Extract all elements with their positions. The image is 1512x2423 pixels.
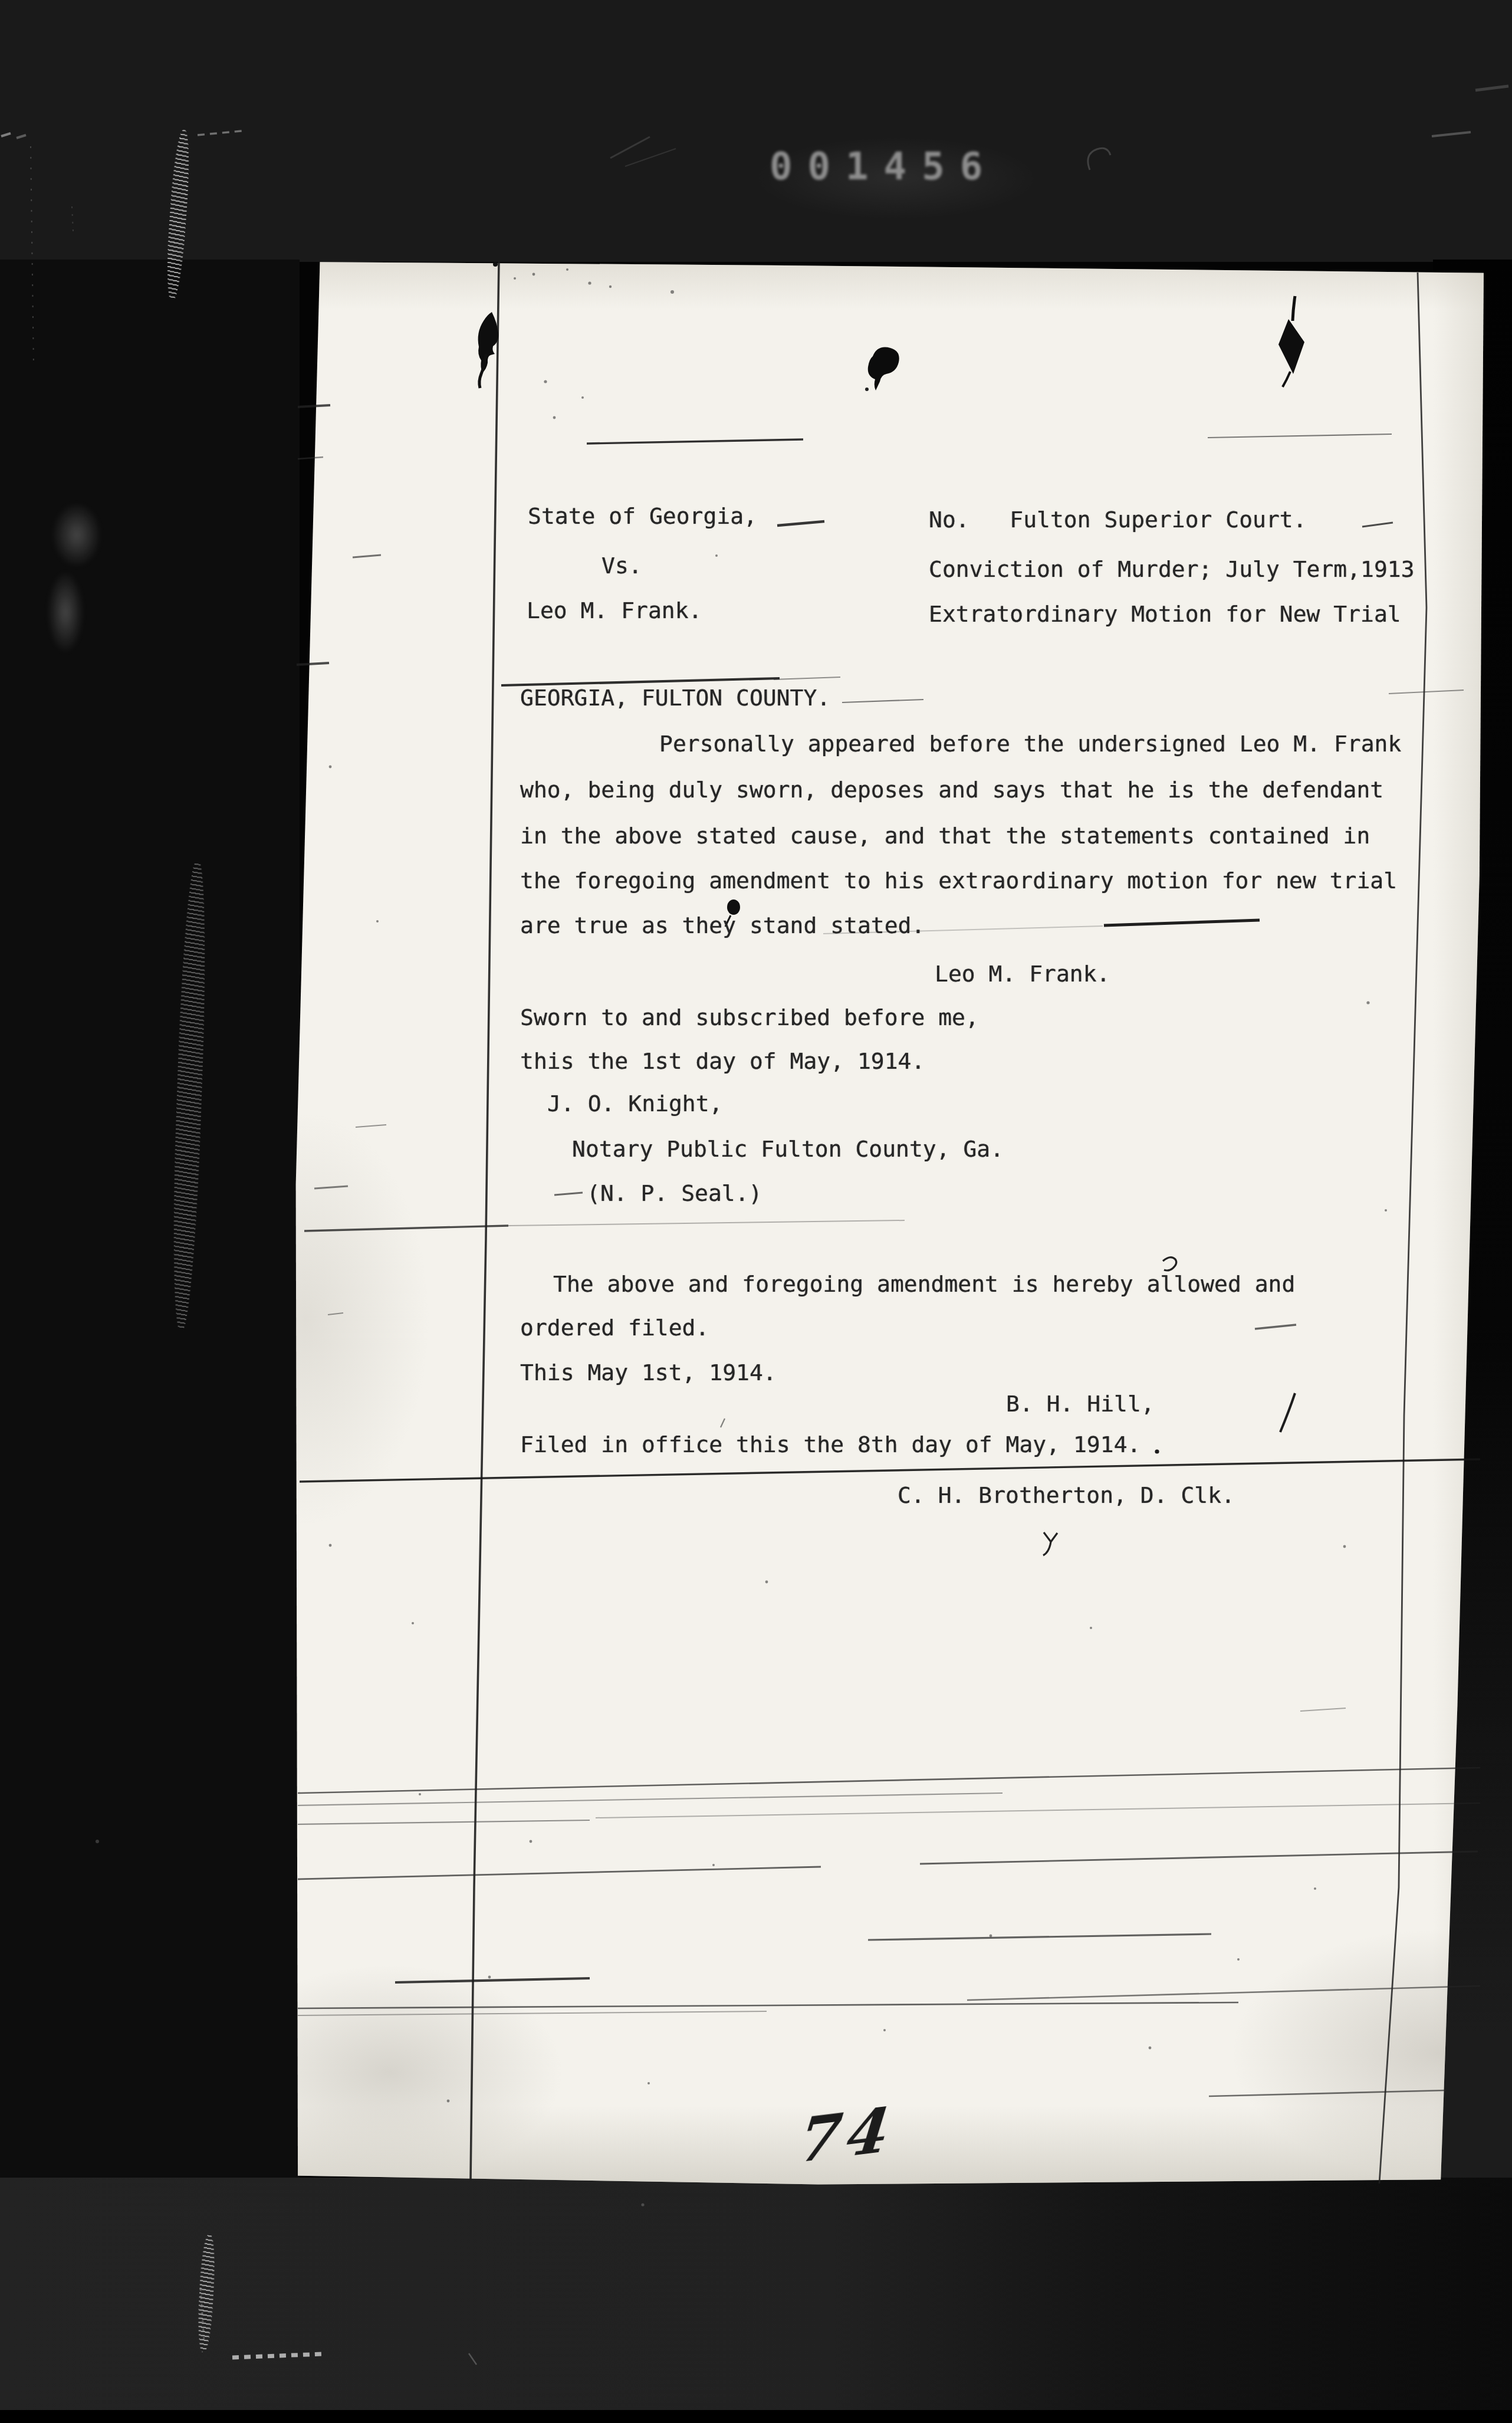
margin-tick <box>314 1186 348 1188</box>
judge-signature: B. H. Hill, <box>1006 1390 1155 1417</box>
filing-line: Filed in office this the 8th day of May,… <box>520 1431 1140 1458</box>
pen-curl-mark <box>1163 1258 1176 1270</box>
margin-tick <box>356 1125 386 1127</box>
scratch-line <box>298 1867 821 1879</box>
margin-tick <box>298 457 323 459</box>
caption-blank-line <box>587 439 803 444</box>
margin-tick <box>298 405 330 407</box>
strike-line <box>774 677 840 679</box>
notary-seal: (N. P. Seal.) <box>587 1180 762 1207</box>
scratch-line <box>1208 434 1392 438</box>
pen-dash <box>353 555 381 557</box>
scratch-line <box>842 700 923 702</box>
scratch-line <box>920 1851 1478 1864</box>
ink-blob-mark <box>865 347 899 391</box>
caption-charge-line: Conviction of Murder; July Term,1913 <box>929 556 1415 583</box>
caption-court-line: No. Fulton Superior Court. <box>929 506 1307 533</box>
pen-dash <box>554 1193 583 1195</box>
scratch-line <box>1300 1708 1346 1711</box>
scratch-line-diagonal <box>300 1459 1480 1482</box>
scratch-line <box>298 1793 1002 1805</box>
notary-name: J. O. Knight, <box>547 1090 722 1117</box>
affidavit-line: in the above stated cause, and that the … <box>520 822 1370 849</box>
order-line: This May 1st, 1914. <box>520 1359 777 1386</box>
affidavit-line: are true as they stand stated. <box>520 912 925 939</box>
pen-tick <box>721 1419 725 1427</box>
caption-versus: Vs. <box>601 552 642 579</box>
order-line: The above and foregoing amendment is her… <box>553 1270 1295 1298</box>
scratch-line <box>967 1986 1480 2000</box>
pen-dash <box>1362 523 1393 527</box>
ink-arrow-mark-right <box>1278 296 1304 387</box>
order-line: ordered filed. <box>520 1314 709 1341</box>
scratch-line <box>298 2002 1238 2008</box>
pen-dash <box>777 521 824 526</box>
left-margin-rule <box>471 261 499 2180</box>
margin-tick <box>328 1313 343 1315</box>
county-heading: GEORGIA, FULTON COUNTY. <box>520 684 830 711</box>
scratch-line <box>304 1226 508 1231</box>
handwritten-page-number: 74 <box>796 2093 899 2177</box>
scratch-line <box>298 2011 767 2015</box>
pen-dot <box>1155 1449 1159 1453</box>
caption-party-defendant: Leo M. Frank. <box>527 597 702 624</box>
pen-dash <box>395 1978 590 1982</box>
affidavit-line: who, being duly sworn, deposes and says … <box>520 776 1383 803</box>
affiant-signature: Leo M. Frank. <box>935 960 1110 987</box>
film-leader-marks <box>1 86 1508 2365</box>
line-art-overlay <box>0 0 1512 2423</box>
margin-tick <box>297 663 329 665</box>
pen-slash-mark <box>1280 1393 1295 1432</box>
caption-motion-line: Extratordinary Motion for New Trial <box>929 600 1401 628</box>
scratch-line <box>508 1220 905 1226</box>
scratch-line <box>1209 2090 1446 2096</box>
ink-arrow-mark-left <box>478 262 499 388</box>
scratch-line <box>596 1803 1480 1818</box>
jurat-line: Sworn to and subscribed before me, <box>520 1004 979 1031</box>
scratch-line <box>1389 690 1464 694</box>
jurat-line: this the 1st day of May, 1914. <box>520 1048 925 1075</box>
pen-line <box>1104 920 1260 925</box>
scratch-line <box>868 1934 1211 1940</box>
scratch-line <box>298 1820 590 1824</box>
affidavit-line: the foregoing amendment to his extraordi… <box>520 867 1397 894</box>
pen-check-mark <box>1043 1532 1057 1555</box>
notary-title: Notary Public Fulton County, Ga. <box>572 1135 1004 1163</box>
clerk-signature: C. H. Brotherton, D. Clk. <box>898 1482 1235 1509</box>
caption-party-state: State of Georgia, <box>528 503 757 530</box>
microfilm-scan: 001456 <box>0 0 1512 2423</box>
pen-dash <box>1255 1325 1296 1329</box>
affidavit-line: Personally appeared before the undersign… <box>659 730 1401 757</box>
